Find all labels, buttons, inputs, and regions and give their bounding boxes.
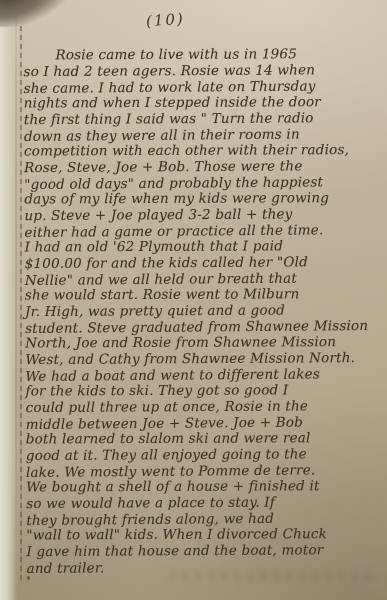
handwriting-line: "wall to wall" kids. When I divorced Chu… [26,526,386,544]
handwriting-line: days of my life when my kids were growin… [24,190,384,208]
handwriting-line: I had an old '62 Plymouth that I paid [25,238,385,256]
handwriting-line: competition with each other with their r… [24,142,384,160]
handwriting-line: both learned to slalom ski and were real [26,430,386,448]
handwriting-body: Rosie came to live with us in 1965so I h… [23,46,386,576]
journal-page-photo: (10) Rosie came to live with us in 1965s… [0,0,387,600]
margin-rule-line [20,26,22,582]
ink-bleed-through [169,570,379,582]
margin-dot-mark [27,576,30,580]
handwriting-line: she would start. Rosie went to Milburn [25,286,385,304]
handwriting-line: Rosie came to live with us in 1965 [23,46,383,64]
handwriting-line: We bought a shell of a house + finished … [26,478,386,496]
page-edge-crease [15,0,17,600]
handwriting-line: nights and when I stepped inside the doo… [24,94,384,112]
page-number: (10) [145,10,185,31]
handwriting-line: for the kids to ski. They got so good I [25,382,385,400]
handwriting-line: North, Joe and Rosie from Shawnee Missio… [25,334,385,352]
